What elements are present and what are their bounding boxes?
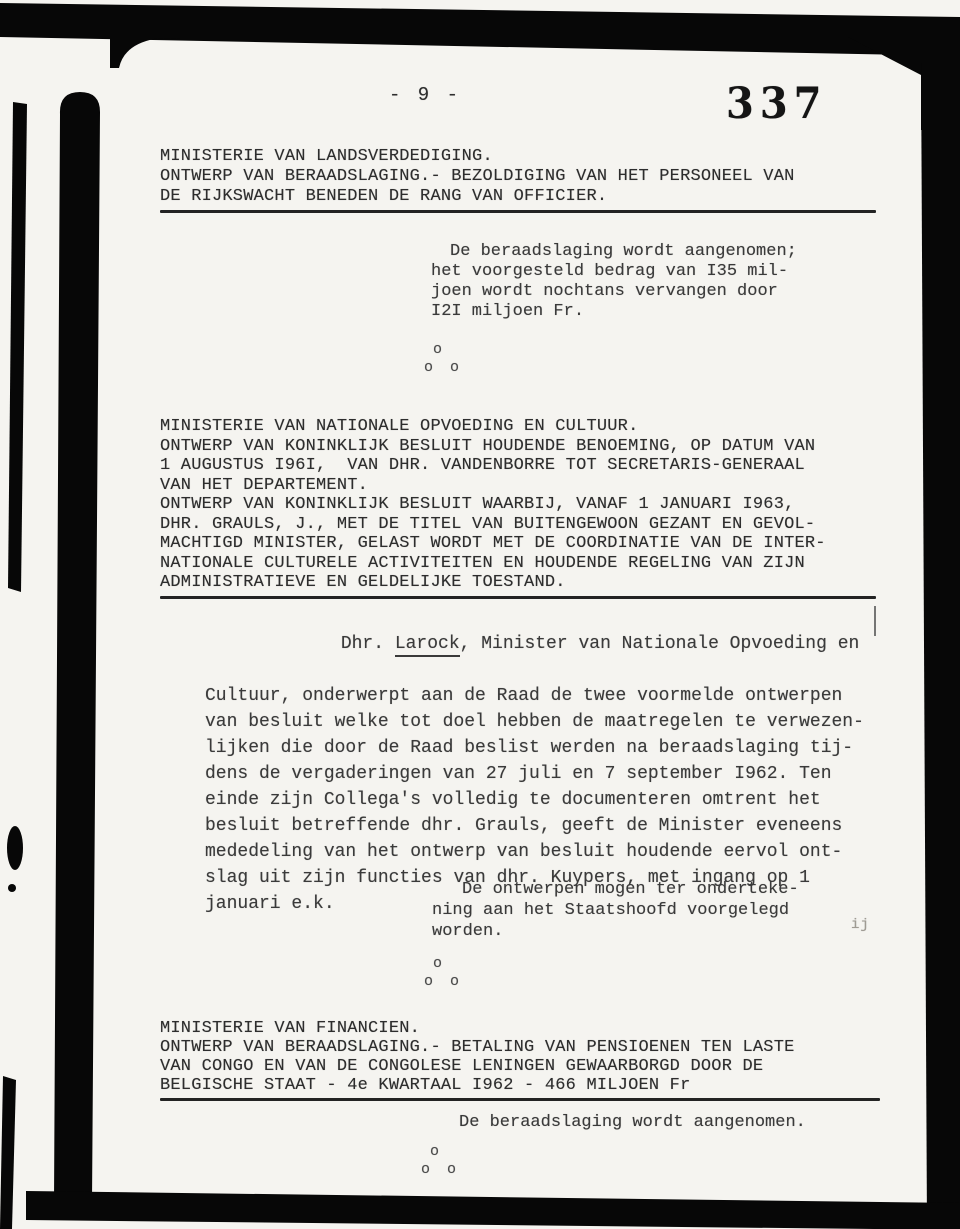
heading-line: VAN CONGO EN VAN DE CONGOLESE LENINGEN G…: [160, 1057, 880, 1076]
body-line: lijken die door de Raad beslist werden n…: [205, 735, 895, 761]
body-line: van besluit welke tot doel hebben de maa…: [205, 709, 895, 735]
o-separator-bottom: o o: [424, 359, 463, 377]
scanned-document-page: - 9 - 337 MINISTERIE VAN LANDSVERDEDIGIN…: [0, 0, 960, 1229]
heading-line: ONTWERP VAN KONINKLIJK BESLUIT HOUDENDE …: [160, 437, 876, 457]
o-separator: o o o: [424, 955, 463, 991]
scan-left-blob: [7, 826, 23, 870]
body-line: dens de vergaderingen van 27 juli en 7 s…: [205, 761, 895, 787]
heading-line: 1 AUGUSTUS I96I, VAN DHR. VANDENBORRE TO…: [160, 456, 876, 476]
decision-block-opvoeding-cultuur: De ontwerpen mogen ter onderteke- ning a…: [432, 879, 799, 942]
scan-left-bar: [54, 92, 100, 1202]
section-heading-opvoeding-cultuur: MINISTERIE VAN NATIONALE OPVOEDING EN CU…: [160, 417, 876, 599]
decision-line: joen wordt nochtans vervangen door: [431, 282, 797, 302]
scan-topleft-corner-wedge: [110, 28, 180, 68]
heading-underline-rule: [160, 1098, 880, 1101]
scan-left-streak-top: [8, 102, 27, 592]
section-heading-financien: MINISTERIE VAN FINANCIEN. ONTWERP VAN BE…: [160, 1019, 880, 1101]
heading-line: NATIONALE CULTURELE ACTIVITEITEN EN HOUD…: [160, 554, 876, 574]
decision-line: ning aan het Staatshoofd voorgelegd: [432, 900, 799, 921]
heading-line: ONTWERP VAN BERAADSLAGING.- BETALING VAN…: [160, 1038, 880, 1057]
scan-left-dot: [8, 884, 16, 892]
o-separator-top: o: [433, 955, 463, 973]
o-separator-bottom: o o: [421, 1161, 460, 1179]
scan-bottom-bar: [26, 1191, 960, 1229]
heading-line: ADMINISTRATIEVE EN GELDELIJKE TOESTAND.: [160, 573, 876, 593]
heading-line: MACHTIGD MINISTER, GELAST WORDT MET DE C…: [160, 534, 876, 554]
heading-line: MINISTERIE VAN LANDSVERDEDIGING.: [160, 147, 876, 167]
decision-block-financien: De beraadslaging wordt aangenomen.: [459, 1113, 806, 1133]
body-line-suffix: , Minister van Nationale Opvoeding en: [460, 634, 860, 654]
body-line: einde zijn Collega's volledig te documen…: [205, 787, 895, 813]
heading-line: VAN HET DEPARTEMENT.: [160, 476, 876, 496]
heading-line: MINISTERIE VAN NATIONALE OPVOEDING EN CU…: [160, 417, 876, 437]
heading-line: DHR. GRAULS, J., MET DE TITEL VAN BUITEN…: [160, 515, 876, 535]
body-line: Dhr. Larock, Minister van Nationale Opvo…: [276, 605, 895, 683]
decision-line: De ontwerpen mogen ter onderteke-: [462, 879, 799, 900]
minister-name-underlined: Larock: [395, 634, 460, 657]
scan-left-streak-bottom: [0, 1076, 16, 1229]
page-number: - 9 -: [389, 84, 461, 106]
o-separator: o o o: [424, 341, 463, 377]
decision-line: De beraadslaging wordt aangenomen;: [450, 242, 797, 262]
body-paragraph: Dhr. Larock, Minister van Nationale Opvo…: [205, 605, 895, 917]
decision-line: De beraadslaging wordt aangenomen.: [459, 1113, 806, 1133]
section-heading-landsverdediging: MINISTERIE VAN LANDSVERDEDIGING. ONTWERP…: [160, 147, 876, 213]
o-separator-bottom: o o: [424, 973, 463, 991]
heading-line: MINISTERIE VAN FINANCIEN.: [160, 1019, 880, 1038]
heading-line: ONTWERP VAN KONINKLIJK BESLUIT WAARBIJ, …: [160, 495, 876, 515]
heading-underline-rule: [160, 596, 876, 599]
scan-top-band: [0, 3, 960, 56]
decision-line: het voorgesteld bedrag van I35 mil-: [431, 262, 797, 282]
decision-block-landsverdediging: De beraadslaging wordt aangenomen; het v…: [431, 242, 797, 322]
o-separator-top: o: [430, 1143, 460, 1161]
heading-line: BELGISCHE STAAT - 4e KWARTAAL I962 - 466…: [160, 1076, 880, 1095]
body-line-prefix: Dhr.: [341, 634, 395, 654]
body-line: mededeling van het ontwerp van besluit h…: [205, 839, 895, 865]
decision-line: worden.: [432, 921, 799, 942]
body-line: besluit betreffende dhr. Grauls, geeft d…: [205, 813, 895, 839]
o-separator-top: o: [433, 341, 463, 359]
heading-line: DE RIJKSWACHT BENEDEN DE RANG VAN OFFICI…: [160, 187, 876, 207]
scan-topright-notch: [848, 18, 960, 130]
heading-underline-rule: [160, 210, 876, 213]
decision-line: I2I miljoen Fr.: [431, 302, 797, 322]
heading-line: ONTWERP VAN BERAADSLAGING.- BEZOLDIGING …: [160, 167, 876, 187]
scan-right-bar: [921, 60, 960, 1229]
o-separator: o o o: [421, 1143, 460, 1179]
stamp-number: 337: [726, 78, 828, 129]
body-line: Cultuur, onderwerpt aan de Raad de twee …: [205, 683, 895, 709]
stray-mark: ij: [851, 917, 870, 933]
